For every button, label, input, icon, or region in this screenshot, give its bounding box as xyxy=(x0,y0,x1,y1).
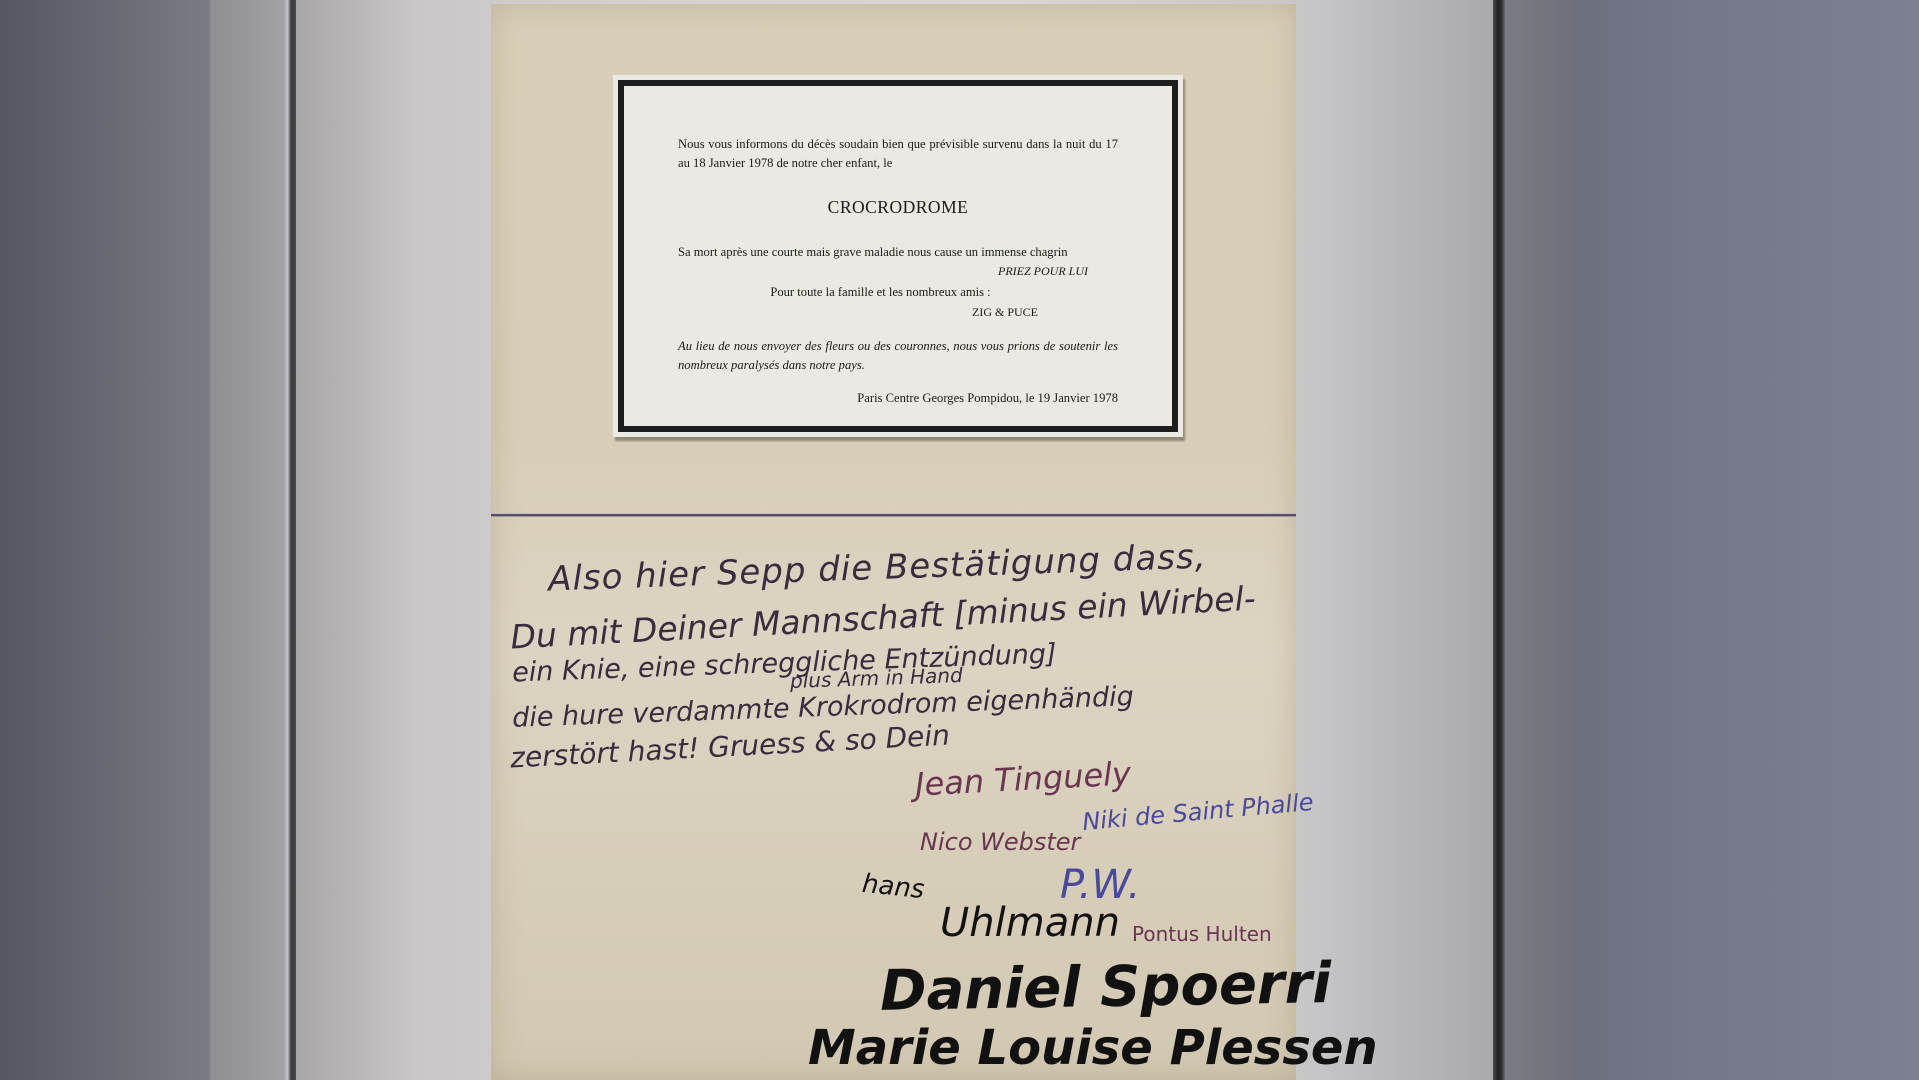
frame-right-line xyxy=(1493,0,1505,1080)
frame-left-line xyxy=(284,0,296,1080)
announcement-pray: PRIEZ POUR LUI xyxy=(998,262,1088,281)
frame-left-edge xyxy=(210,0,285,1080)
frame-right-edge xyxy=(1505,0,1575,1080)
signature-nico: Nico Webster xyxy=(920,828,1080,856)
signature-spoerri: Daniel Spoerri xyxy=(879,951,1331,1024)
gallery-wall-left xyxy=(0,0,210,1080)
signature-hans: hans xyxy=(861,869,926,905)
announcement-paragraph-2: Sa mort après une courte mais grave mala… xyxy=(678,243,1118,262)
announcement-paragraph-3: Au lieu de nous envoyer des fleurs ou de… xyxy=(678,337,1118,375)
announcement-place-date: Paris Centre Georges Pompidou, le 19 Jan… xyxy=(857,389,1118,408)
announcement-title: CROCRODROME xyxy=(678,198,1118,217)
announcement-family: Pour toute la famille et les nombreux am… xyxy=(678,283,1118,302)
death-announcement-card: Nous vous informons du décès soudain bie… xyxy=(613,75,1183,437)
signature-marie-louise: Marie Louise Plessen xyxy=(808,1020,1378,1076)
signature-uhlmann: Uhlmann xyxy=(940,900,1120,946)
gallery-wall-right xyxy=(1575,0,1919,1080)
announcement-names: ZIG & PUCE xyxy=(972,303,1038,322)
signature-pontus-hulten: Pontus Hulten xyxy=(1132,922,1272,946)
announcement-paragraph-1: Nous vous informons du décès soudain bie… xyxy=(678,135,1118,173)
paper-fold-line xyxy=(491,513,1296,517)
